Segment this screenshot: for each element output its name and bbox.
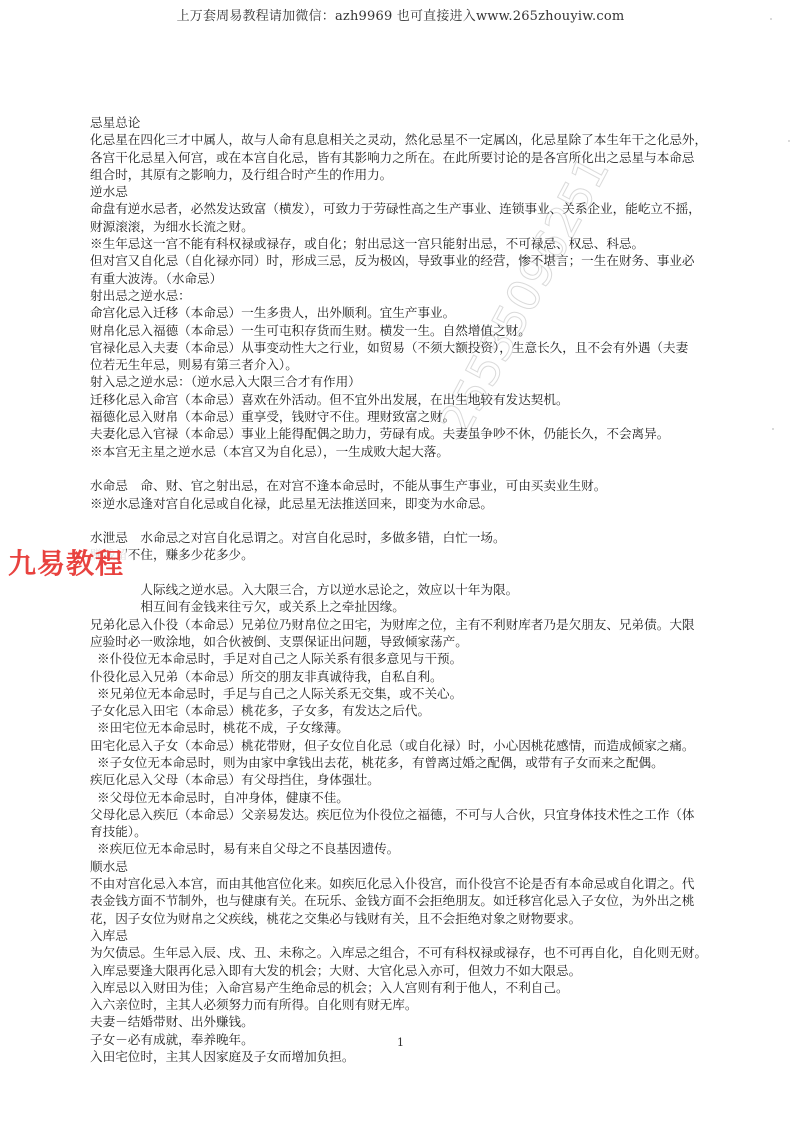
paragraph-line: 各宫干化忌星入何宫，或在本宫自化忌，皆有其影响力之所在。在此所要讨论的是各宫所化… [90, 149, 750, 166]
paragraph-line: 迁移化忌入命宫（本命忌）喜欢在外活动。但不宜外出发展，在出生地较有发达契机。 [90, 391, 750, 408]
paragraph-line: 入田宅位时，主其人因家庭及子女而增加负担。 [90, 1048, 750, 1065]
paragraph-line: 组合时，其原有之影响力，及行组合时产生的作用力。 [90, 166, 750, 183]
paragraph-line: 相互间有金钱来往亏欠，或关系上之牵扯因缘。 [90, 598, 750, 615]
paragraph-line: 不由对宫化忌入本宫，而由其他宫位化来。如疾厄化忌入仆役宫，而仆役宫不论是否有本命… [90, 875, 750, 892]
scan-speck [770, 18, 772, 20]
top-banner: 上万套周易教程请加微信：azh9969 也可直接进入www.265zhouyiw… [0, 5, 801, 24]
blank-line [90, 512, 750, 529]
paragraph-line: ※父母位无本命忌时，自冲身体，健康不佳。 [90, 789, 750, 806]
paragraph-line: 育技能）。 [90, 823, 750, 840]
paragraph-line: 命宫化忌入迁移（本命忌）一生多贵人，出外顺利。宜生产事业。 [90, 304, 750, 321]
paragraph-line: 应验时必一败涂地，如合伙被倒、支票保证出问题，导致倾家荡产。 [90, 633, 750, 650]
paragraph-line: ※生年忌这一宫不能有科权禄或禄存，或自化；射出忌这一宫只能射出忌，不可禄忌、权忌… [90, 235, 750, 252]
paragraph-line: 官禄化忌入夫妻（本命忌）从事变动性大之行业，如贸易（不须大额投资），生意长久，且… [90, 339, 750, 356]
paragraph-line: 夫妻－结婚带财、出外赚钱。 [90, 1013, 750, 1030]
section-heading: 射出忌之逆水忌： [90, 287, 750, 304]
blank-line [90, 460, 750, 477]
paragraph-line: 赚钱留不住，赚多少花多少。 [90, 546, 750, 563]
brand-logo: 九易教程 [6, 547, 126, 581]
paragraph-line: 化忌星在四化三才中属人，故与人命有息息相关之灵动，然化忌星不一定属凶，化忌星除了… [90, 131, 750, 148]
paragraph-line: 仆役化忌入兄弟（本命忌）所交的朋友非真诚待我，自私自利。 [90, 668, 750, 685]
paragraph-line: ※田宅位无本命忌时，桃花不成，子女缘薄。 [90, 719, 750, 736]
section-heading: 顺水忌 [90, 858, 750, 875]
paragraph-line: 疾厄化忌入父母（本命忌）有父母挡住，身体强壮。 [90, 771, 750, 788]
page-number: 1 [0, 1036, 801, 1049]
paragraph-line: 子女化忌入田宅（本命忌）桃花多，子女多，有发达之后代。 [90, 702, 750, 719]
paragraph-line: 田宅化忌入子女（本命忌）桃花带财，但子女位自化忌（或自化禄）时，小心因桃花感情，… [90, 737, 750, 754]
paragraph-line: ※逆水忌逢对宫自化忌或自化禄，此忌星无法推送回来，即变为水命忌。 [90, 495, 750, 512]
paragraph-line: 财源滚滚，为细水长流之财。 [90, 218, 750, 235]
paragraph-line: 财帛化忌入福德（本命忌）一生可屯积存货而生财。横发一生。自然增值之财。 [90, 322, 750, 339]
paragraph-line: 入六亲位时，主其人必须努力而有所得。自化则有财无库。 [90, 996, 750, 1013]
paragraph-line: ※兄弟位无本命忌时，手足与自己之人际关系无交集，或不关心。 [90, 685, 750, 702]
paragraph-line: ※仆役位无本命忌时，手足对自己之人际关系有很多意见与干预。 [90, 650, 750, 667]
paragraph-line: 父母化忌入疾厄（本命忌）父亲易发达。疾厄位为仆役位之福德，不可与人合伙，只宜身体… [90, 806, 750, 823]
paragraph-line: 命盘有逆水忌者，必然发达致富（横发），可致力于劳碌性高之生产事业、连锁事业、关系… [90, 200, 750, 217]
document-body: 忌星总论化忌星在四化三才中属人，故与人命有息息相关之灵动，然化忌星不一定属凶，化… [90, 114, 750, 1065]
paragraph-line: ※子女位无本命忌时，则为由家中拿钱出去花，桃花多，有曾离过婚之配偶，或带有子女而… [90, 754, 750, 771]
paragraph-line: 位若无生年忌，则易有第三者介入）。 [90, 356, 750, 373]
paragraph-line: 入库忌以入财田为佳；入命宫易产生绝命忌的机会；入人宫则有利于他人，不利自己。 [90, 979, 750, 996]
paragraph-line: 表金钱方面不节制外，也与健康有关。在玩乐、金钱方面不会拒绝朋友。如迁移宫化忌入子… [90, 892, 750, 909]
scan-speck [788, 140, 790, 142]
paragraph-line: 兄弟化忌入仆役（本命忌）兄弟位乃财帛位之田宅，为财库之位，主有不利财库者乃是欠朋… [90, 616, 750, 633]
paragraph-line: 入库忌要逢大限再化忌入即有大发的机会；大财、大官化忌入亦可，但效力不如大限忌。 [90, 962, 750, 979]
section-heading: 入库忌 [90, 927, 750, 944]
paragraph-line: 水泄忌 水命忌之对宫自化忌谓之。对宫自化忌时，多做多错，白忙一场。 [90, 529, 750, 546]
paragraph-line: ※本宫无主星之逆水忌（本宫又为自化忌），一生成败大起大落。 [90, 443, 750, 460]
paragraph-line: 福德化忌入财帛（本命忌）重享受，钱财守不住。理财致富之财。 [90, 408, 750, 425]
paragraph-line: ※疾厄位无本命忌时，易有来自父母之不良基因遗传。 [90, 840, 750, 857]
paragraph-line: 水命忌 命、财、官之射出忌，在对宫不逢本命忌时，不能从事生产事业，可由买卖业生财… [90, 477, 750, 494]
paragraph-line: 为欠债忌。生年忌入辰、戌、丑、未称之。入库忌之组合，不可有科权禄或禄存，也不可再… [90, 944, 750, 961]
paragraph-line: 有重大波涛。（水命忌） [90, 270, 750, 287]
scan-speck [772, 428, 774, 430]
paragraph-line: 人际线之逆水忌。入大限三合，方以逆水忌论之，效应以十年为限。 [90, 581, 750, 598]
section-heading: 射入忌之逆水忌：（逆水忌入大限三合才有作用） [90, 373, 750, 390]
section-heading: 逆水忌 [90, 183, 750, 200]
section-heading: 忌星总论 [90, 114, 750, 131]
paragraph-line: 夫妻化忌入官禄（本命忌）事业上能得配偶之助力，劳碌有成。夫妻虽争吵不休，仍能长久… [90, 425, 750, 442]
paragraph-line: 花，因子女位为财帛之父疾线，桃花之交集必与钱财有关，且不会拒绝对象之财物要求。 [90, 910, 750, 927]
blank-line [90, 564, 750, 581]
paragraph-line: 但对宫又自化忌（自化禄亦同）时，形成三忌，反为极凶，导致事业的经营，惨不堪言；一… [90, 252, 750, 269]
